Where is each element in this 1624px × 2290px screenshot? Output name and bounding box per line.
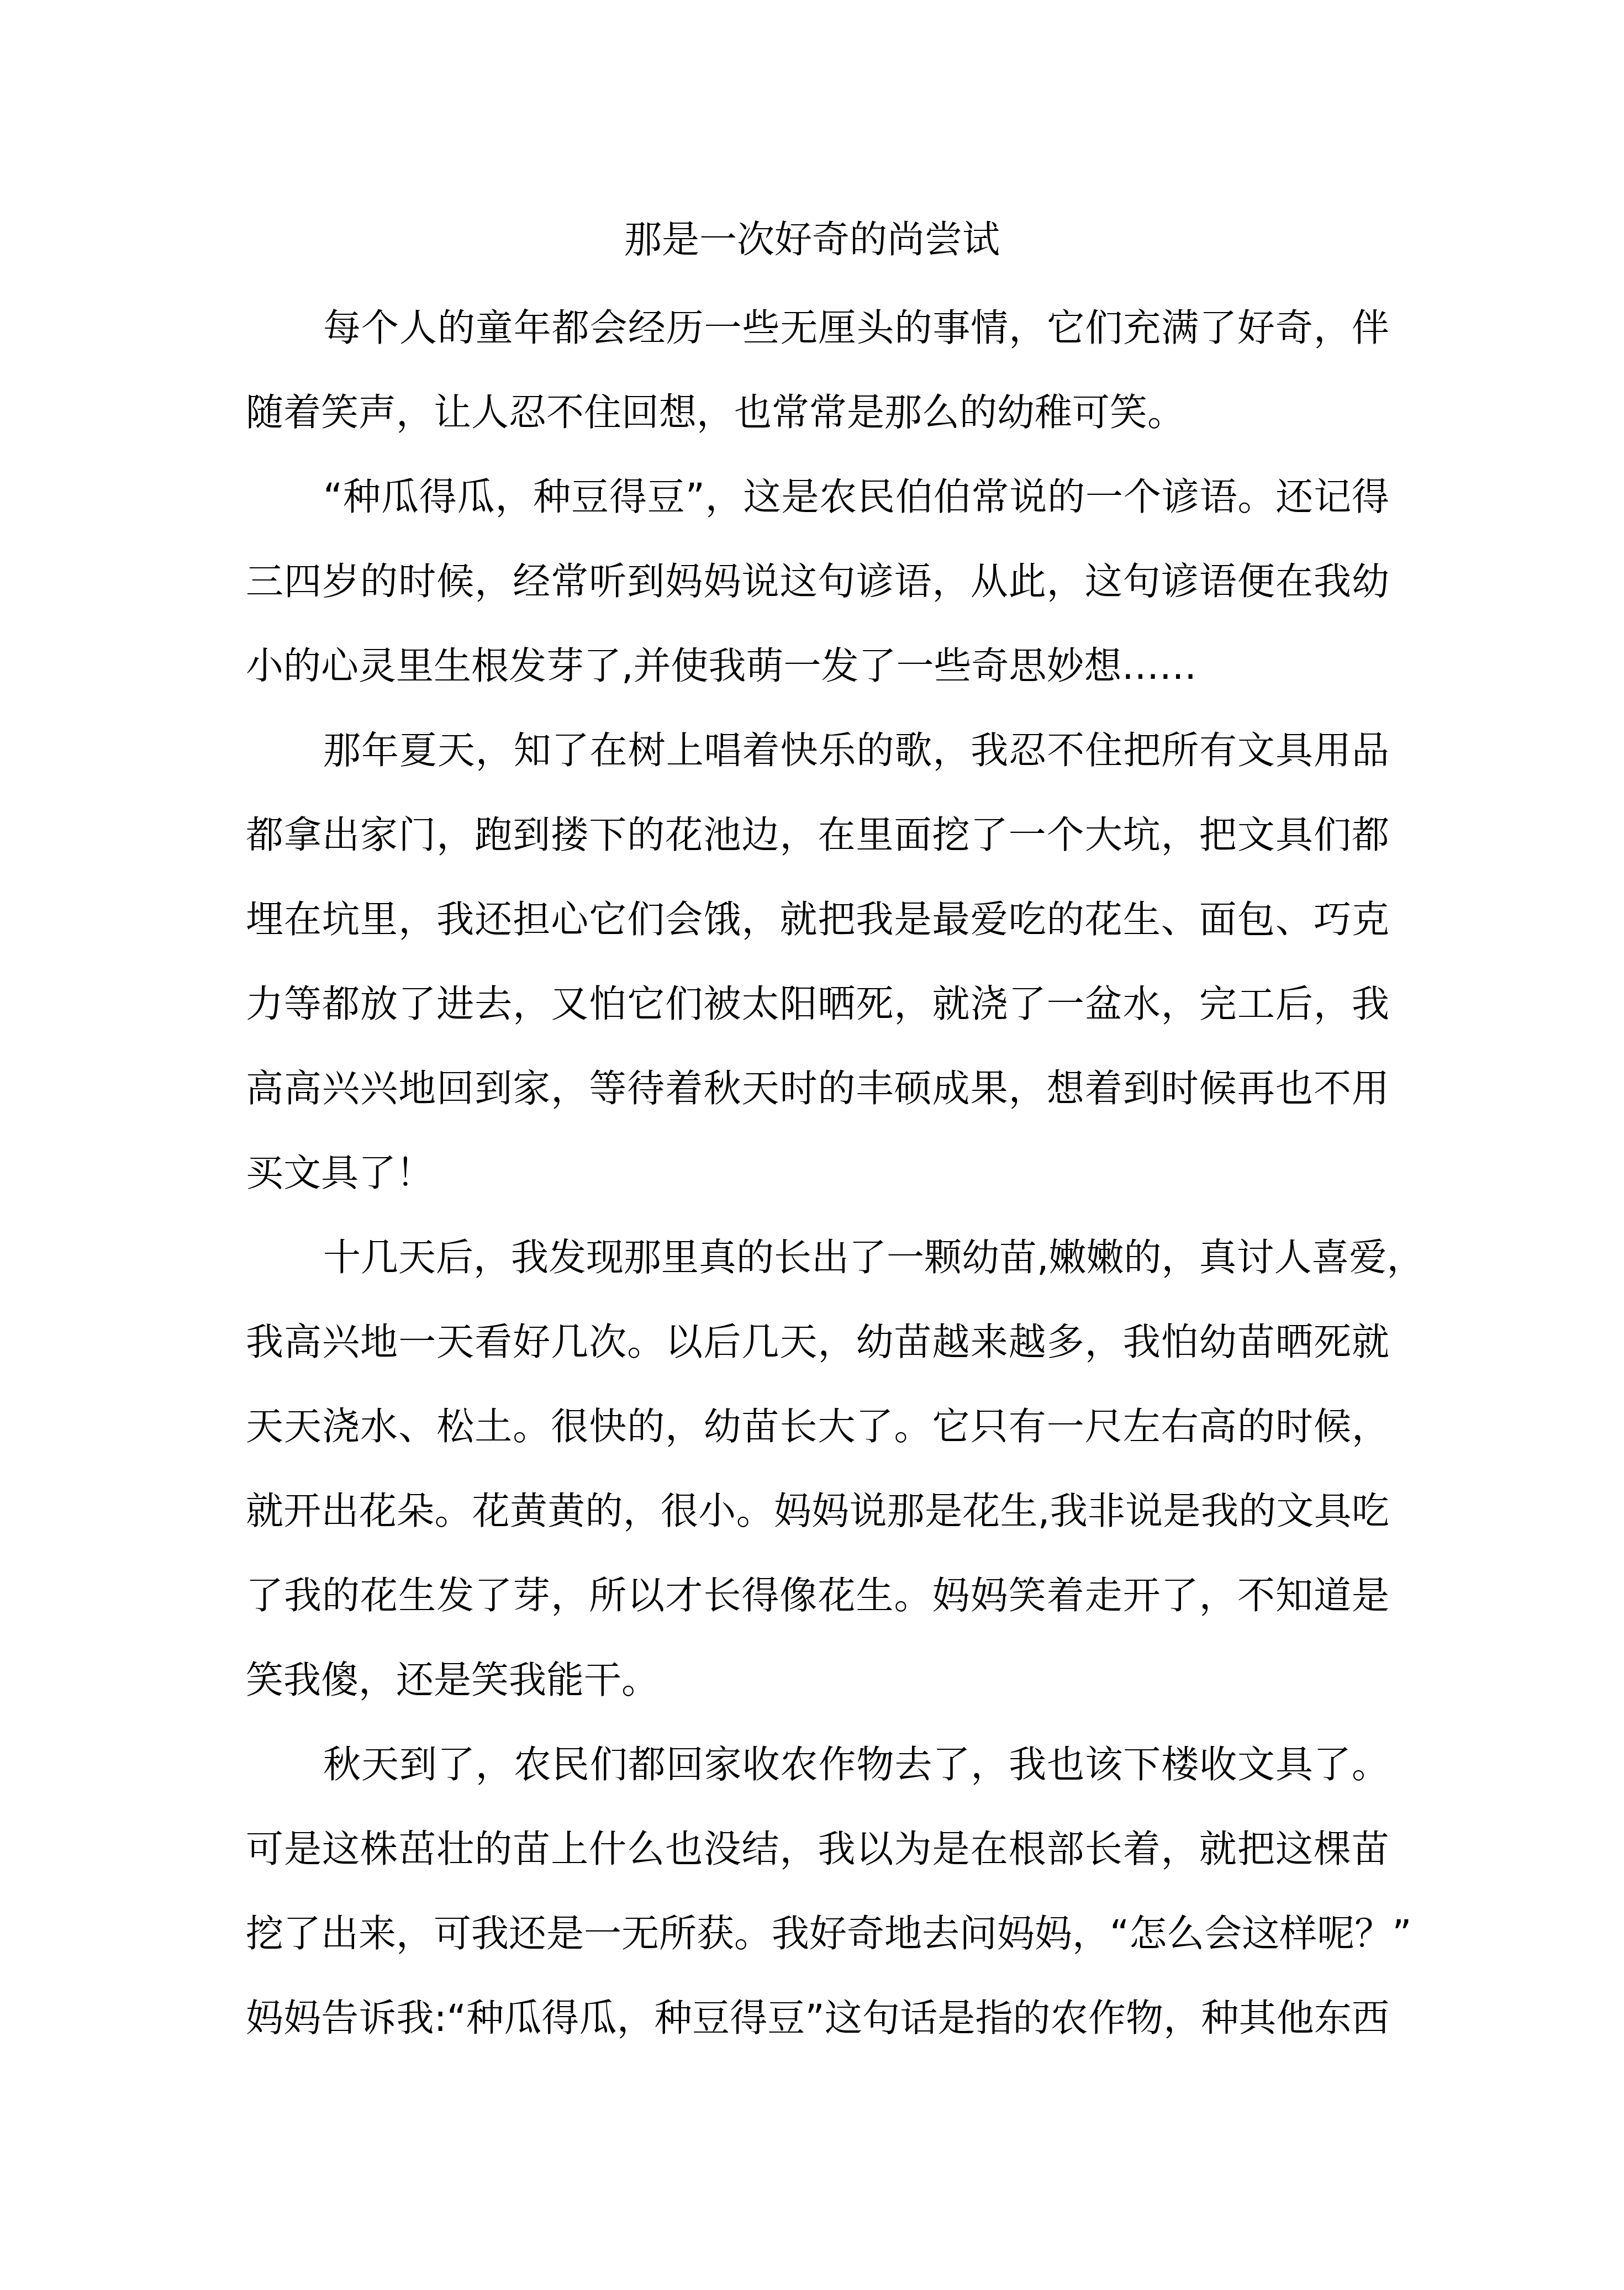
text-line: 天天浇水、松土。很快的，幼苗长大了。它只有一尺左右高的时候， [246, 1400, 1389, 1484]
document-page: 那是一次好奇的尚尝试 每个人的童年都会经历一些无厘头的事情，它们充满了好奇，伴 … [0, 0, 1624, 2290]
text-line: 那年夏天，知了在树上唱着快乐的歌，我忍不住把所有文具用品 [246, 724, 1389, 808]
text-line: 力等都放了进去，又怕它们被太阳晒死，就浇了一盆水，完工后，我 [246, 977, 1389, 1062]
document-title: 那是一次好奇的尚尝试 [0, 213, 1624, 268]
text-line: 埋在坑里，我还担心它们会饿，就把我是最爱吃的花生、面包、巧克 [246, 893, 1389, 977]
text-line: 笑我傻，还是笑我能干。 [246, 1653, 1389, 1738]
text-line: 高高兴兴地回到家，等待着秋天时的丰硕成果，想着到时候再也不用 [246, 1062, 1389, 1146]
text-line: 十几天后，我发现那里真的长出了一颗幼苗,嫩嫩的，真讨人喜爱， [246, 1231, 1389, 1315]
text-line: 秋天到了，农民们都回家收农作物去了，我也该下楼收文具了。 [246, 1738, 1389, 1822]
text-line: 挖了出来，可我还是一无所获。我好奇地去问妈妈，“怎么会这样呢？” [246, 1907, 1389, 1991]
text-line: 随着笑声，让人忍不住回想，也常常是那么的幼稚可笑。 [246, 386, 1389, 470]
paragraph: 那年夏天，知了在树上唱着快乐的歌，我忍不住把所有文具用品 都拿出家门，跑到搂下的… [246, 724, 1389, 1231]
text-line: 每个人的童年都会经历一些无厘头的事情，它们充满了好奇，伴 [246, 301, 1389, 386]
text-line: “种瓜得瓜，种豆得豆”，这是农民伯伯常说的一个谚语。还记得 [246, 470, 1389, 555]
paragraph: “种瓜得瓜，种豆得豆”，这是农民伯伯常说的一个谚语。还记得 三四岁的时候，经常听… [246, 470, 1389, 724]
text-line: 就开出花朵。花黄黄的，很小。妈妈说那是花生,我非说是我的文具吃 [246, 1484, 1389, 1569]
text-line: 小的心灵里生根发芽了,并使我萌一发了一些奇思妙想…… [246, 639, 1389, 724]
text-line: 妈妈告诉我:“种瓜得瓜，种豆得豆”这句话是指的农作物，种其他东西 [246, 1991, 1389, 2076]
text-line: 可是这株茁壮的苗上什么也没结，我以为是在根部长着，就把这棵苗 [246, 1822, 1389, 1907]
text-line: 都拿出家门，跑到搂下的花池边，在里面挖了一个大坑，把文具们都 [246, 808, 1389, 893]
paragraph: 每个人的童年都会经历一些无厘头的事情，它们充满了好奇，伴 随着笑声，让人忍不住回… [246, 301, 1389, 470]
paragraph: 十几天后，我发现那里真的长出了一颗幼苗,嫩嫩的，真讨人喜爱， 我高兴地一天看好几… [246, 1231, 1389, 1738]
document-body: 每个人的童年都会经历一些无厘头的事情，它们充满了好奇，伴 随着笑声，让人忍不住回… [246, 301, 1389, 2076]
text-line: 了我的花生发了芽，所以才长得像花生。妈妈笑着走开了，不知道是 [246, 1569, 1389, 1653]
text-line: 买文具了！ [246, 1146, 1389, 1231]
paragraph: 秋天到了，农民们都回家收农作物去了，我也该下楼收文具了。 可是这株茁壮的苗上什么… [246, 1738, 1389, 2076]
text-line: 三四岁的时候，经常听到妈妈说这句谚语，从此，这句谚语便在我幼 [246, 555, 1389, 639]
text-line: 我高兴地一天看好几次。以后几天，幼苗越来越多，我怕幼苗晒死就 [246, 1315, 1389, 1400]
